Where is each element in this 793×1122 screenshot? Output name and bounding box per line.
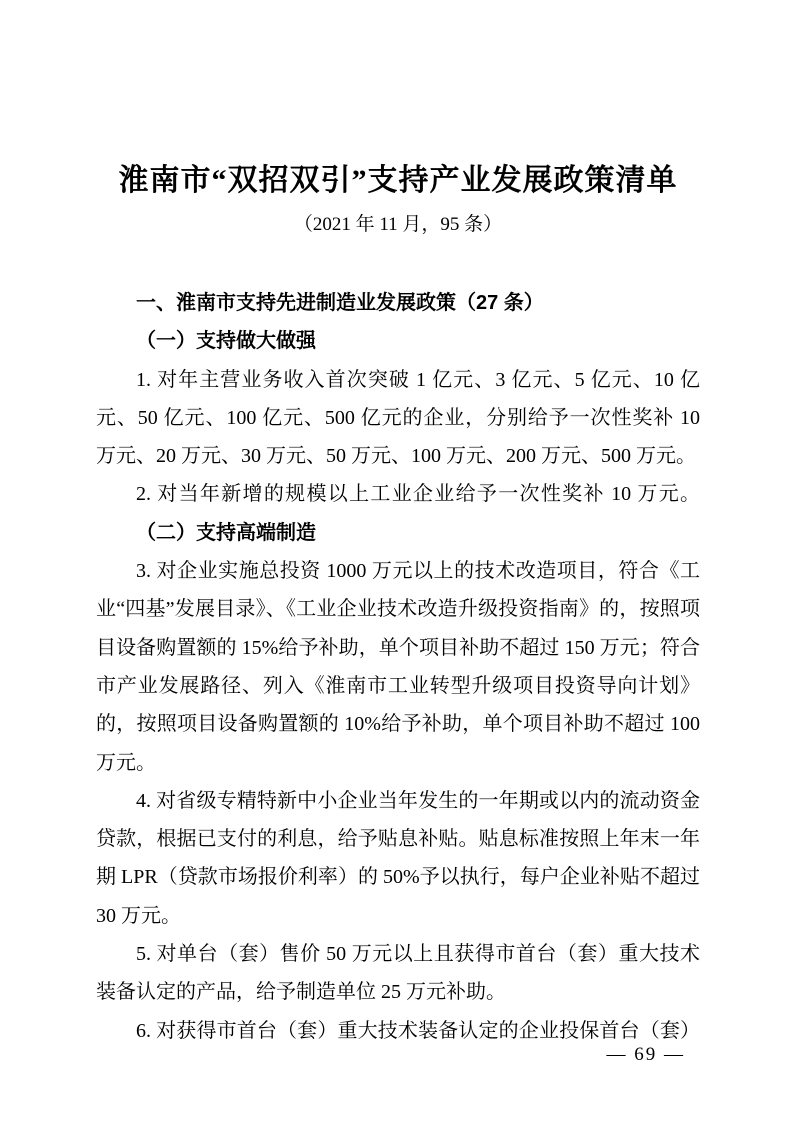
- policy-item-4: 4. 对省级专精特新中小企业当年发生的一年期或以内的流动资金贷款，根据已支付的利…: [96, 782, 700, 935]
- policy-item-1: 1. 对年主营业务收入首次突破 1 亿元、3 亿元、5 亿元、10 亿元、50 …: [96, 361, 700, 476]
- page-number: — 69 —: [607, 1040, 686, 1070]
- document-page: 淮南市“双招双引”支持产业发展政策清单 （2021 年 11 月，95 条） 一…: [0, 0, 793, 1122]
- subsection-heading-grow-bigger-stronger: （一）支持做大做强: [96, 322, 700, 360]
- document-title: 淮南市“双招双引”支持产业发展政策清单: [96, 158, 700, 204]
- document-content: 淮南市“双招双引”支持产业发展政策清单 （2021 年 11 月，95 条） 一…: [96, 0, 700, 1050]
- section-heading-manufacturing-policy: 一、淮南市支持先进制造业发展政策（27 条）: [96, 284, 700, 322]
- policy-item-3: 3. 对企业实施总投资 1000 万元以上的技术改造项目，符合《工业“四基”发展…: [96, 552, 700, 782]
- policy-item-5: 5. 对单台（套）售价 50 万元以上且获得市首台（套）重大技术装备认定的产品，…: [96, 935, 700, 1012]
- document-date-line: （2021 年 11 月，95 条）: [96, 210, 700, 240]
- policy-item-2: 2. 对当年新增的规模以上工业企业给予一次性奖补 10 万元。: [96, 475, 700, 513]
- subsection-heading-high-end-manufacturing: （二）支持高端制造: [96, 514, 700, 552]
